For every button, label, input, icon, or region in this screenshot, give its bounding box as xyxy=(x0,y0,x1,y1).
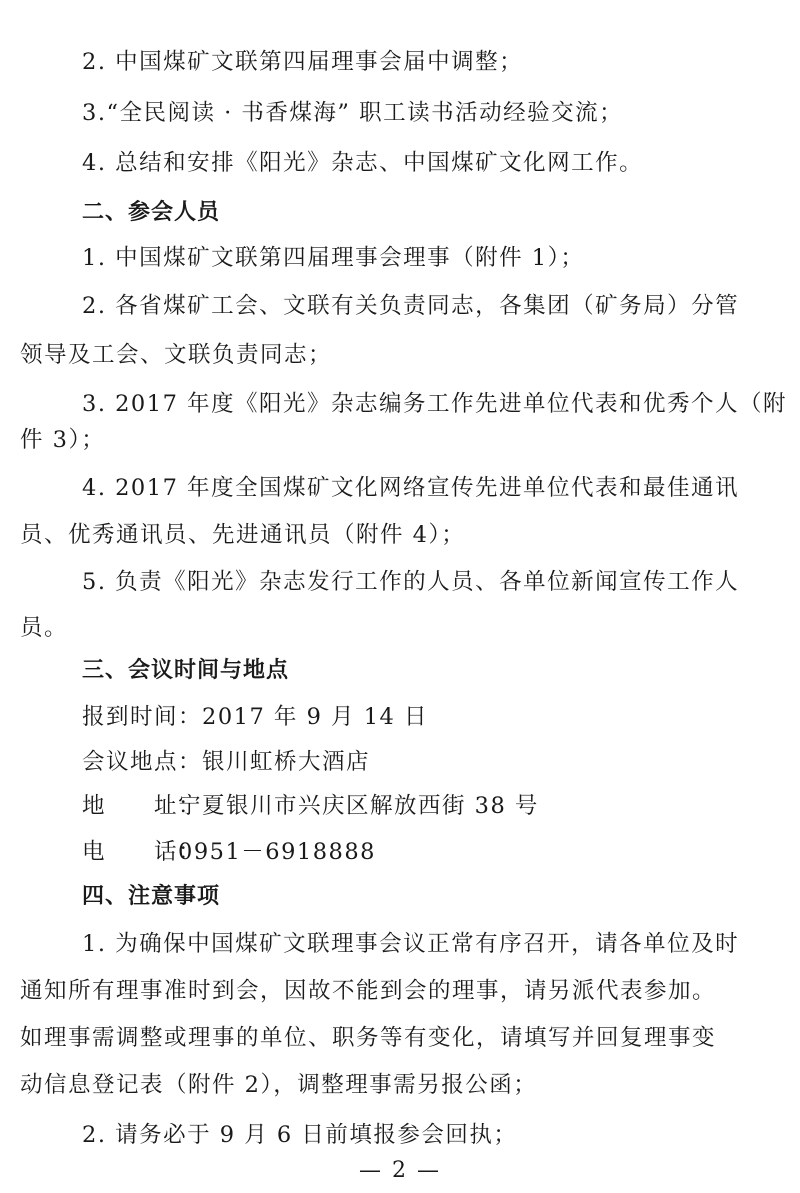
field-value: 宁夏银川市兴庆区解放西街 38 号 xyxy=(178,793,539,819)
note-item-1-line-1: 1. 为确保中国煤矿文联理事会议正常有序召开，请各单位及时 xyxy=(82,929,739,959)
field-value: 0951－6918888 xyxy=(178,839,376,865)
participant-item-3-line-1: 3. 2017 年度《阳光》杂志编务工作先进单位代表和优秀个人（附 xyxy=(82,389,787,419)
participant-item-4-line-1: 4. 2017 年度全国煤矿文化网络宣传先进单位代表和最佳通讯 xyxy=(82,473,739,503)
field-venue: 会议地点：银川虹桥大酒店 xyxy=(82,747,370,777)
field-phone: 电话：0951－6918888 xyxy=(82,837,376,867)
field-registration-time: 报到时间：2017 年 9 月 14 日 xyxy=(82,702,428,732)
document-page: 2. 中国煤矿文联第四届理事会届中调整； 3.“全民阅读 · 书香煤海” 职工读… xyxy=(0,0,800,1193)
participant-item-5-line-1: 5. 负责《阳光》杂志发行工作的人员、各单位新闻宣传工作人 xyxy=(82,567,739,597)
field-value: 2017 年 9 月 14 日 xyxy=(202,704,428,730)
section-heading-participants: 二、参会人员 xyxy=(82,198,220,228)
field-address: 地址：宁夏银川市兴庆区解放西街 38 号 xyxy=(82,791,539,821)
participant-item-2-line-2: 领导及工会、文联负责同志； xyxy=(20,340,332,370)
participant-item-3-line-2: 件 3）； xyxy=(20,425,105,455)
field-label: 会议地点： xyxy=(82,747,202,777)
agenda-item-3: 3.“全民阅读 · 书香煤海” 职工读书活动经验交流； xyxy=(82,98,623,128)
field-label: 电话： xyxy=(82,837,178,867)
field-label: 地址： xyxy=(82,791,178,821)
participant-item-2-line-1: 2. 各省煤矿工会、文联有关负责同志，各集团（矿务局）分管 xyxy=(82,291,739,321)
participant-item-1: 1. 中国煤矿文联第四届理事会理事（附件 1）； xyxy=(82,243,584,273)
participant-item-5-line-2: 员。 xyxy=(20,613,68,643)
note-item-1-line-4: 动信息登记表（附件 2），调整理事需另报公函； xyxy=(20,1070,537,1100)
note-item-1-line-2: 通知所有理事准时到会，因故不能到会的理事，请另派代表参加。 xyxy=(20,976,716,1006)
page-number: — 2 — xyxy=(0,1158,800,1183)
field-value: 银川虹桥大酒店 xyxy=(202,749,370,775)
agenda-item-4: 4. 总结和安排《阳光》杂志、中国煤矿文化网工作。 xyxy=(82,148,643,178)
note-item-1-line-3: 如理事需调整或理事的单位、职务等有变化，请填写并回复理事变 xyxy=(20,1023,716,1053)
note-item-2: 2. 请务必于 9 月 6 日前填报参会回执； xyxy=(82,1120,517,1150)
participant-item-4-line-2: 员、优秀通讯员、先进通讯员（附件 4）； xyxy=(20,520,465,550)
section-heading-notes: 四、注意事项 xyxy=(82,882,220,912)
field-label: 报到时间： xyxy=(82,702,202,732)
agenda-item-2: 2. 中国煤矿文联第四届理事会届中调整； xyxy=(82,47,523,77)
section-heading-time-place: 三、会议时间与地点 xyxy=(82,656,289,686)
